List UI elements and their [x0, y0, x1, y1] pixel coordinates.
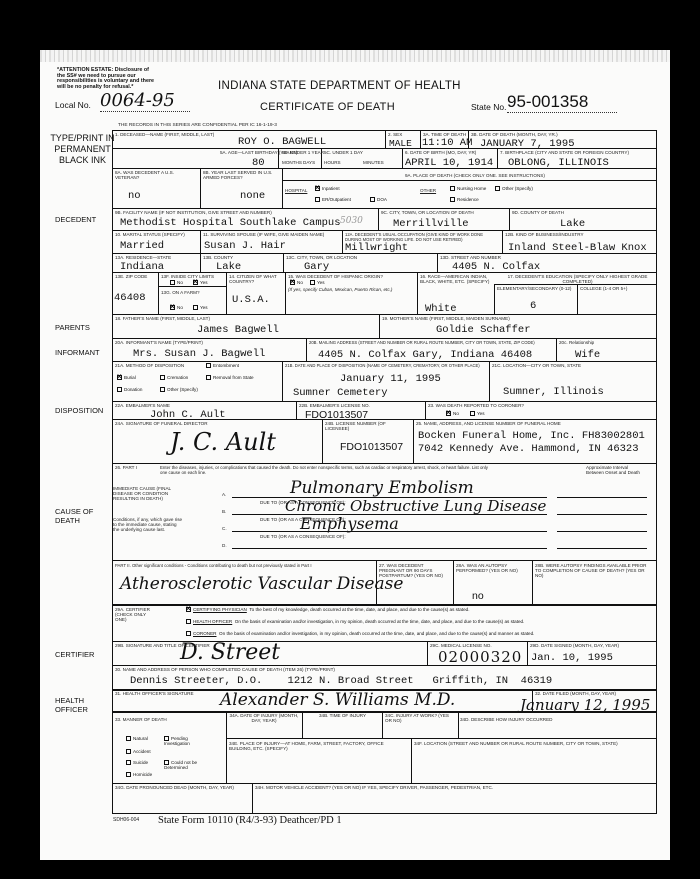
doa-checkbox[interactable]: DOA — [370, 197, 387, 202]
under-1-year-label: 5b. UNDER 1 YEAR — [282, 150, 324, 155]
manner-undetermined-checkbox[interactable]: Could not be Determined — [164, 760, 214, 770]
checkbox-icon — [206, 363, 211, 368]
date-of-birth: APRIL 10, 1914 — [405, 157, 493, 169]
conditions-label: Conditions, if any, which gave rise to t… — [113, 517, 183, 533]
name-label: 1. DECEASED—NAME (First, Middle, Last) — [115, 132, 214, 137]
coroner-label: 23. WAS DEATH REPORTED TO CORONER? — [428, 403, 524, 408]
disposition-date: January 11, 1995 — [340, 373, 441, 385]
served-label: 8b. YEAR LAST SERVED IN U.S. ARMED FORCE… — [203, 170, 278, 180]
checkbox-icon — [126, 760, 131, 765]
cause-a: Pulmonary Embolism — [290, 478, 474, 498]
facility-name: Methodist Hospital Southlake Campus — [120, 217, 341, 229]
father-label: 18. FATHER'S NAME (First, Middle, Last) — [115, 316, 210, 321]
state-no-label: State No. — [471, 102, 506, 112]
city-of-death: Merrillville — [393, 218, 469, 230]
city-limits-yes-checkbox[interactable]: Yes — [193, 280, 208, 285]
months-label: Months — [282, 160, 302, 165]
inpatient-checkbox[interactable]: Inpatient — [315, 186, 340, 191]
year-served: none — [240, 190, 265, 202]
sex: MALE — [389, 138, 412, 149]
er-outpatient-checkbox[interactable]: ER/Outpatient — [315, 197, 351, 202]
farm-no-checkbox[interactable]: No — [170, 305, 183, 310]
director-signature-label: 24a. SIGNATURE OF FUNERAL DIRECTOR — [115, 421, 208, 426]
checkbox-icon — [164, 760, 169, 765]
residence-county: Lake — [216, 261, 241, 273]
father-name: James Bagwell — [197, 324, 279, 336]
veteran: no — [128, 190, 141, 202]
cause-b: Chronic Obstructive Lung Disease — [285, 497, 546, 515]
director-signature: J. C. Ault — [170, 428, 276, 456]
health-officer-checkbox[interactable]: HEALTH OFFICER On the basis of examinati… — [186, 619, 524, 624]
college-label: College (1-4 or 5+) — [580, 286, 627, 291]
injury-time-label: 34b. TIME OF INJURY — [305, 713, 380, 718]
embalmer-label: 22a. EMBALMER'S NAME — [115, 403, 170, 408]
injury-location-label: 34f. LOCATION (Street and Number or Rura… — [414, 741, 618, 746]
part1-label: 26. PART I — [115, 465, 137, 470]
county-label: 9d. COUNTY OF DEATH — [512, 210, 564, 215]
street-label: 13d. STREET AND NUMBER — [440, 255, 501, 260]
funeral-home-line2: 7042 Kennedy Ave. Hammond, IN 46323 — [418, 443, 639, 455]
manner-homicide-checkbox[interactable]: Homicide — [126, 772, 152, 777]
age: 80 — [252, 157, 265, 169]
facility-code: 5030 — [340, 216, 363, 226]
hispanic-no-checkbox[interactable]: No — [290, 280, 303, 285]
checkbox-icon — [310, 280, 315, 285]
hospital-label: HOSPITAL — [285, 188, 307, 193]
manner-accident-checkbox[interactable]: Accident — [126, 749, 151, 754]
race-label: 16. RACE—American Indian, Black, White, … — [420, 274, 492, 284]
interval-label: Approximate Interval Between Onset and D… — [586, 465, 646, 475]
pregnant-label: 27. WAS DECEDENT PREGNANT OR 90 DAYS POS… — [379, 563, 449, 579]
informant-name-label: 20a. INFORMANT'S NAME (Type/Print) — [115, 340, 203, 345]
business: Inland Steel-Blaw Knox — [508, 242, 647, 254]
place-of-injury-label: 34e. PLACE OF INJURY—At home, farm, stre… — [229, 741, 404, 751]
type-print-instruction: TYPE/PRINT IN PERMANENT BLACK INK — [50, 133, 115, 166]
section-decedent: DECEDENT — [55, 215, 96, 224]
injury-how-label: 34d. DESCRIBE HOW INJURY OCCURRED — [460, 717, 553, 722]
elementary-grade: 6 — [530, 300, 536, 312]
section-certifier: CERTIFIER — [55, 650, 94, 659]
zip-label: 13e. ZIP CODE — [115, 274, 147, 279]
date-signed: Jan. 10, 1995 — [531, 652, 613, 664]
relationship: Wife — [575, 349, 600, 361]
autopsy-label: 28a. WAS AN AUTOPSY PERFORMED? (Yes or n… — [456, 563, 528, 573]
facility-label: 9b. FACILITY NAME (If not institution, g… — [115, 210, 272, 215]
residence-street: 4405 N. Colfax — [452, 261, 540, 273]
pronounced-dead-label: 34g. DATE PRONOUNCED DEAD (Month, Day, Y… — [115, 785, 234, 790]
cause-letter-d: d. — [222, 543, 227, 548]
disposition-place: Sumner Cemetery — [293, 387, 388, 399]
donation-checkbox[interactable]: Donation — [117, 387, 142, 392]
local-no: 0064-95 — [100, 90, 190, 112]
checkbox-icon — [193, 305, 198, 310]
checkbox-icon — [160, 387, 165, 392]
birthplace-label: 7. BIRTHPLACE (City and State or Foreign… — [500, 150, 629, 155]
mother-name: Goldie Schaffer — [436, 324, 531, 336]
mother-label: 19. MOTHER'S NAME (First, Middle, Maiden… — [382, 316, 510, 321]
part1-instructions: Enter the diseases, injuries, or complic… — [160, 465, 490, 475]
date-signed-label: 29d. DATE SIGNED (Month, Day, Year) — [530, 643, 619, 648]
entombment-checkbox[interactable]: Entombment — [206, 363, 239, 368]
marital-status: Married — [120, 240, 164, 252]
city-limits-no-checkbox[interactable]: No — [170, 280, 183, 285]
elementary-label: Elementary/Secondary (0-12) — [497, 286, 571, 291]
certifying-physician-checkbox[interactable]: CERTIFYING PHYSICIAN To the best of my k… — [186, 607, 469, 612]
cause-letter-c: c. — [222, 526, 227, 531]
certifier-label: 29a. CERTIFIER (Check only one) — [115, 607, 155, 623]
method-label: 21a. METHOD OF DISPOSITION — [115, 363, 184, 368]
race: White — [425, 303, 457, 315]
checkbox-icon — [164, 736, 169, 741]
manner-suicide-checkbox[interactable]: Suicide — [126, 760, 148, 765]
checkbox-checked-icon — [290, 280, 295, 285]
other-specify-checkbox[interactable]: Other (Specify) — [495, 186, 533, 191]
health-officer-signature: Alexander S. Williams M.D. — [220, 690, 455, 710]
funeral-home-label: 25. NAME, ADDRESS, AND LICENSE NUMBER OF… — [416, 421, 561, 426]
coroner-no-checkbox[interactable]: No — [446, 411, 459, 416]
state-no: 95-001358 — [507, 92, 617, 113]
city-label: 9c. CITY, TOWN, OR LOCATION OF DEATH — [381, 210, 474, 215]
residence-checkbox[interactable]: Residence — [450, 197, 479, 202]
date-place-label: 21b. DATE AND PLACE OF DISPOSITION (Name… — [285, 363, 485, 368]
manner-natural-checkbox[interactable]: Natural — [126, 736, 148, 741]
checkbox-icon — [126, 736, 131, 741]
residence-county-label: 13b. COUNTY — [203, 255, 233, 260]
farm-label: 13g. ON A FARM? — [161, 290, 200, 295]
embalmer-name: John C. Ault — [150, 409, 226, 421]
disposition-location: Sumner, Illinois — [503, 386, 604, 398]
medical-license: 02000320 — [438, 648, 522, 666]
certifier-signature: D. Street — [180, 640, 280, 665]
hispanic-note: (If yes, specify Cuban, Mexican, Puerto … — [288, 287, 413, 292]
section-disposition: DISPOSITION — [55, 406, 103, 415]
manner-label: 33. MANNER OF DEATH — [115, 717, 167, 722]
informant-address: 4405 N. Colfax Gary, Indiana 46408 — [318, 349, 532, 361]
decedent-name: ROY O. BAGWELL — [238, 136, 326, 148]
spouse-label: 11. SURVIVING SPOUSE (If wife, give maid… — [203, 232, 324, 237]
cause-letter-a: a. — [222, 492, 226, 497]
sex-label: 2. SEX — [388, 132, 402, 137]
citizen-label: 14. CITIZEN OF WHAT COUNTRY? — [229, 274, 284, 284]
confidential-note: THE RECORDS IN THIS SERIES ARE CONFIDENT… — [118, 123, 277, 128]
form-number: State Form 10110 (R4/3-93) Deathcer/PD 1 — [158, 815, 342, 826]
occupation: Millwright — [345, 242, 408, 254]
disposition-location-label: 21c. LOCATION—City or Town, State — [492, 363, 581, 368]
embalmer-license-label: 22b. EMBALMER'S LICENSE NO. — [299, 403, 370, 408]
checkbox-checked-icon — [170, 305, 175, 310]
motor-vehicle-label: 34h. MOTOR VEHICLE ACCIDENT? (Yes or no)… — [255, 785, 493, 790]
hispanic-yes-checkbox[interactable]: Yes — [310, 280, 325, 285]
checkbox-icon — [186, 619, 191, 624]
scan-edge — [40, 50, 670, 62]
section-cause: CAUSE OF DEATH — [55, 507, 105, 525]
birthplace: OBLONG, ILLINOIS — [508, 157, 609, 169]
checkbox-icon — [206, 375, 211, 380]
cremation-checkbox[interactable]: Cremation — [160, 375, 188, 380]
city-limits-label: 13f. INSIDE CITY LIMITS — [161, 274, 214, 279]
checkbox-icon — [370, 197, 375, 202]
attention-note: *ATTENTION ESTATE: Disclosure of the SS#… — [57, 68, 157, 90]
injury-at-work-label: 34c. INJURY AT WORK? (Yes or no) — [385, 713, 455, 723]
business-label: 12b. KIND OF BUSINESS/INDUSTRY — [505, 232, 584, 237]
date-label: 3b. DATE OF DEATH (Month, Day, Yr.) — [471, 132, 558, 137]
residence-state-label: 13a. RESIDENCE—STATE — [115, 255, 171, 260]
director-license: FDO1013507 — [340, 441, 403, 453]
coroner-checkbox[interactable]: CORONER On the basis of examination and/… — [186, 631, 534, 636]
local-no-label: Local No. — [55, 100, 91, 110]
checkbox-checked-icon — [315, 186, 320, 191]
cause-letter-b: b. — [222, 509, 226, 514]
burial-checkbox[interactable]: Burial — [117, 375, 136, 380]
residence-city-label: 13c. CITY, TOWN, OR LOCATION — [286, 255, 357, 260]
hours-label: Hours — [324, 160, 341, 165]
county-of-death: Lake — [560, 218, 585, 230]
autopsy-performed: no — [472, 590, 484, 602]
completed-by-label: 30. NAME AND ADDRESS OF PERSON WHO COMPL… — [115, 667, 335, 672]
completed-by: Dennis Streeter, D.O. 1212 N. Broad Stre… — [130, 675, 552, 687]
date-of-death: JANUARY 7, 1995 — [480, 138, 575, 150]
coroner-yes-checkbox[interactable]: Yes — [470, 411, 485, 416]
mailing-address-label: 20b. MAILING ADDRESS (Street and Number … — [309, 340, 535, 345]
health-officer-signature-label: 31. HEALTH OFFICER'S SIGNATURE — [115, 691, 194, 696]
embalmer-license: FDO1013507 — [305, 409, 368, 421]
form-subtitle: CERTIFICATE OF DEATH — [260, 101, 395, 113]
citizenship: U.S.A. — [232, 294, 270, 306]
immediate-cause-label: IMMEDIATE CAUSE (Final disease or condit… — [113, 486, 183, 502]
part2-label: PART II. Other significant conditions - … — [115, 563, 312, 568]
checkbox-icon — [450, 197, 455, 202]
informant-name: Mrs. Susan J. Bagwell — [133, 348, 265, 360]
checkbox-icon — [470, 411, 475, 416]
funeral-home-line1: Bocken Funeral Home, Inc. FH83002801 — [418, 430, 645, 442]
autopsy-findings-label: 28b. WERE AUTOPSY FINDINGS AVAILABLE PRI… — [535, 563, 650, 579]
education-label: 17. DECEDENT'S EDUCATION (Specify only h… — [500, 274, 655, 284]
checkbox-icon — [450, 186, 455, 191]
checkbox-checked-icon — [117, 375, 122, 380]
relationship-label: 20c. Relationship — [559, 340, 594, 345]
manner-pending-checkbox[interactable]: Pending Investigation — [164, 736, 214, 746]
checkbox-icon — [126, 772, 131, 777]
section-informant: INFORMANT — [55, 348, 100, 357]
form-code: SDH06-004 — [113, 818, 139, 823]
place-of-death-label: 9a. PLACE OF DEATH (Check only one. See … — [405, 173, 545, 178]
checkbox-icon — [117, 387, 122, 392]
checkbox-checked-icon — [193, 280, 198, 285]
section-health-officer: HEALTH OFFICER — [55, 696, 100, 714]
veteran-label: 8a. WAS DECEDENT A U.S. VETERAN? — [115, 170, 195, 180]
hispanic-label: 15. WAS DECEDENT OF HISPANIC ORIGIN? — [288, 274, 383, 279]
checkbox-icon — [186, 631, 191, 636]
cause-c: Emphysema — [300, 514, 399, 533]
residence-city: Gary — [304, 261, 329, 273]
checkbox-icon — [126, 749, 131, 754]
occupation-label: 12a. DECEDENT'S USUAL OCCUPATION (Give k… — [345, 232, 500, 242]
removal-checkbox[interactable]: Removal from State — [206, 375, 254, 380]
marital-label: 10. MARITAL STATUS (Specify) — [115, 232, 185, 237]
farm-yes-checkbox[interactable]: Yes — [193, 305, 208, 310]
time-of-death: 11:10 AM — [422, 137, 472, 149]
checkbox-icon — [495, 186, 500, 191]
minutes-label: Minutes — [363, 160, 384, 165]
days-label: Days — [303, 160, 315, 165]
other-disposition-checkbox[interactable]: Other (Specify) — [160, 387, 198, 392]
checkbox-icon — [315, 197, 320, 202]
zip-code: 46408 — [114, 292, 146, 304]
section-parents: PARENTS — [55, 323, 90, 332]
checkbox-checked-icon — [186, 607, 191, 612]
checkbox-icon — [170, 280, 175, 285]
checkbox-icon — [160, 375, 165, 380]
director-license-label: 24b. LICENSE NUMBER (of Licensee) — [325, 421, 411, 431]
nursing-home-checkbox[interactable]: Nursing Home — [450, 186, 486, 191]
other-label: OTHER — [420, 188, 436, 193]
injury-date-label: 34a. DATE OF INJURY (Month, Day, Year) — [229, 713, 299, 723]
dob-label: 6. DATE OF BIRTH (Mo, Day, Yr) — [405, 150, 476, 155]
checkbox-checked-icon — [446, 411, 451, 416]
form-title: INDIANA STATE DEPARTMENT OF HEALTH — [218, 80, 461, 92]
other-conditions: Atherosclerotic Vascular Disease — [120, 574, 403, 594]
under-1-day-label: 5c. UNDER 1 DAY — [324, 150, 363, 155]
due-to-label: DUE TO (OR AS A CONSEQUENCE OF): — [260, 534, 346, 539]
surviving-spouse: Susan J. Hair — [204, 240, 286, 252]
